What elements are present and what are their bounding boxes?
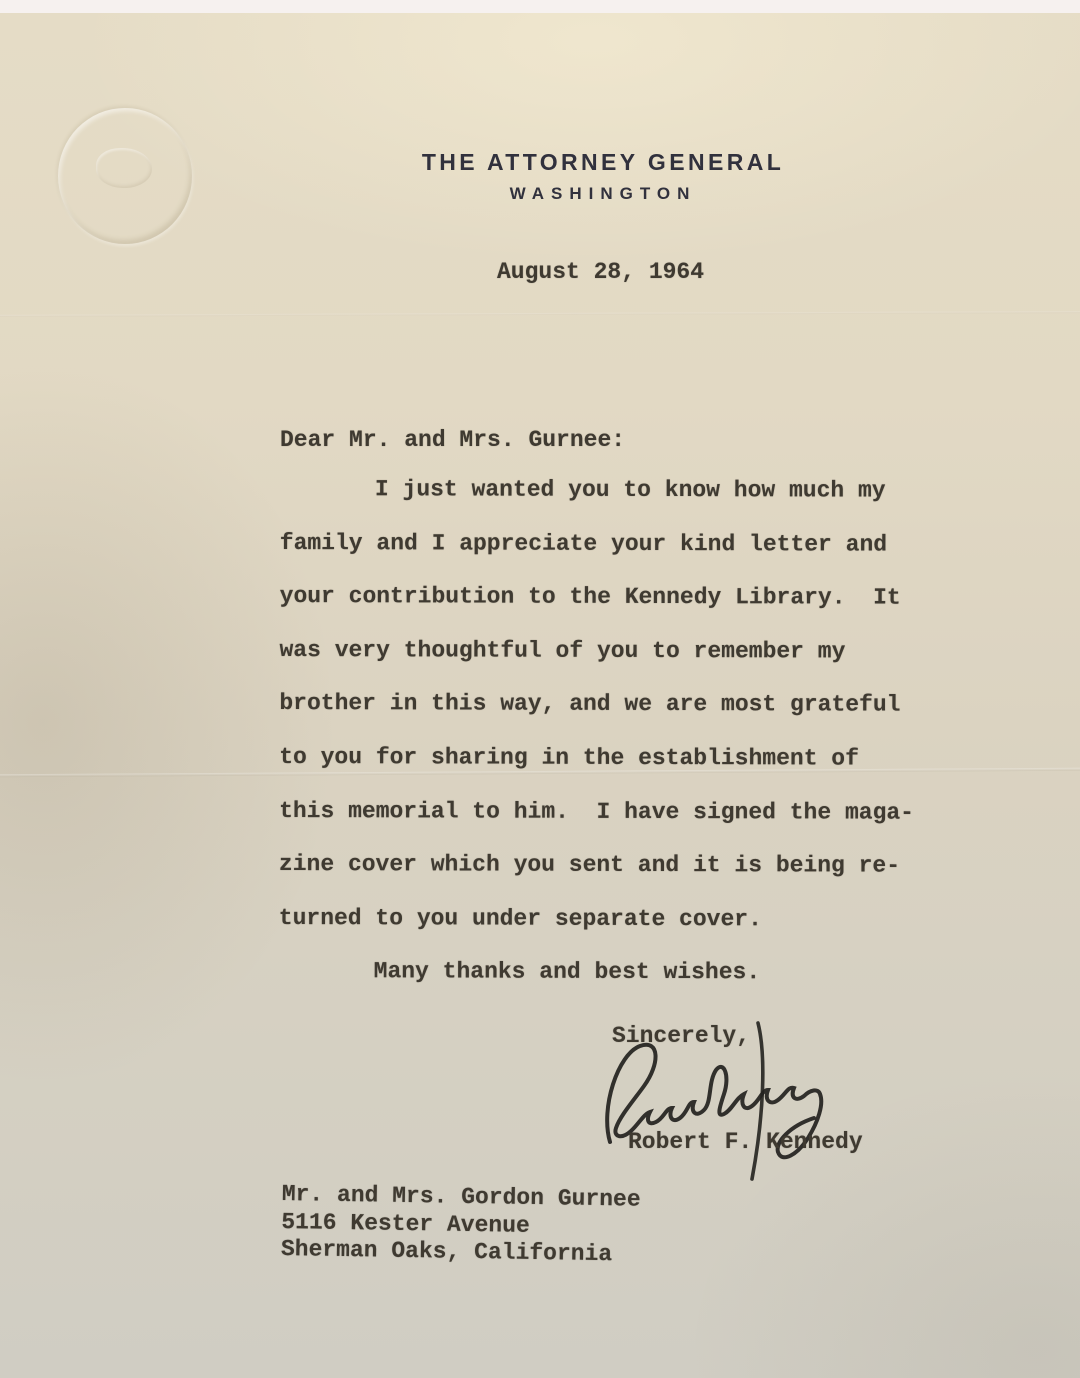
embossed-seal-icon xyxy=(58,108,192,244)
date-line: August 28, 1964 xyxy=(497,259,704,285)
letter-paper: THE ATTORNEY GENERAL WASHINGTON August 2… xyxy=(0,13,1080,1378)
body-line: I just wanted you to know how much my xyxy=(280,463,915,518)
recipient-address: Mr. and Mrs. Gordon Gurnee 5116 Kester A… xyxy=(281,1181,641,1269)
body-line: this memorial to him. I have signed the … xyxy=(279,785,914,840)
salutation: Dear Mr. and Mrs. Gurnee: xyxy=(280,427,625,453)
body-line: to you for sharing in the establishment … xyxy=(279,731,914,786)
handwritten-signature xyxy=(596,1015,846,1185)
body-line: was very thoughtful of you to remember m… xyxy=(279,624,914,679)
body-line: zine cover which you sent and it is bein… xyxy=(279,838,914,893)
typed-signature-name: Robert F. Kennedy xyxy=(628,1129,863,1155)
body-line: family and I appreciate your kind letter… xyxy=(280,517,915,572)
letterhead: THE ATTORNEY GENERAL WASHINGTON xyxy=(422,149,784,204)
body-line: turned to you under separate cover. xyxy=(279,892,914,947)
body-line: brother in this way, and we are most gra… xyxy=(279,677,914,732)
letter-body: I just wanted you to know how much my fa… xyxy=(279,463,915,1001)
letterhead-office: THE ATTORNEY GENERAL xyxy=(422,149,784,176)
body-line: Many thanks and best wishes. xyxy=(279,945,914,1000)
photo-background: THE ATTORNEY GENERAL WASHINGTON August 2… xyxy=(0,0,1080,1378)
letterhead-city: WASHINGTON xyxy=(422,184,784,204)
address-line: Sherman Oaks, California xyxy=(281,1236,640,1269)
fold-crease xyxy=(0,311,1080,317)
body-line: your contribution to the Kennedy Library… xyxy=(280,570,915,625)
